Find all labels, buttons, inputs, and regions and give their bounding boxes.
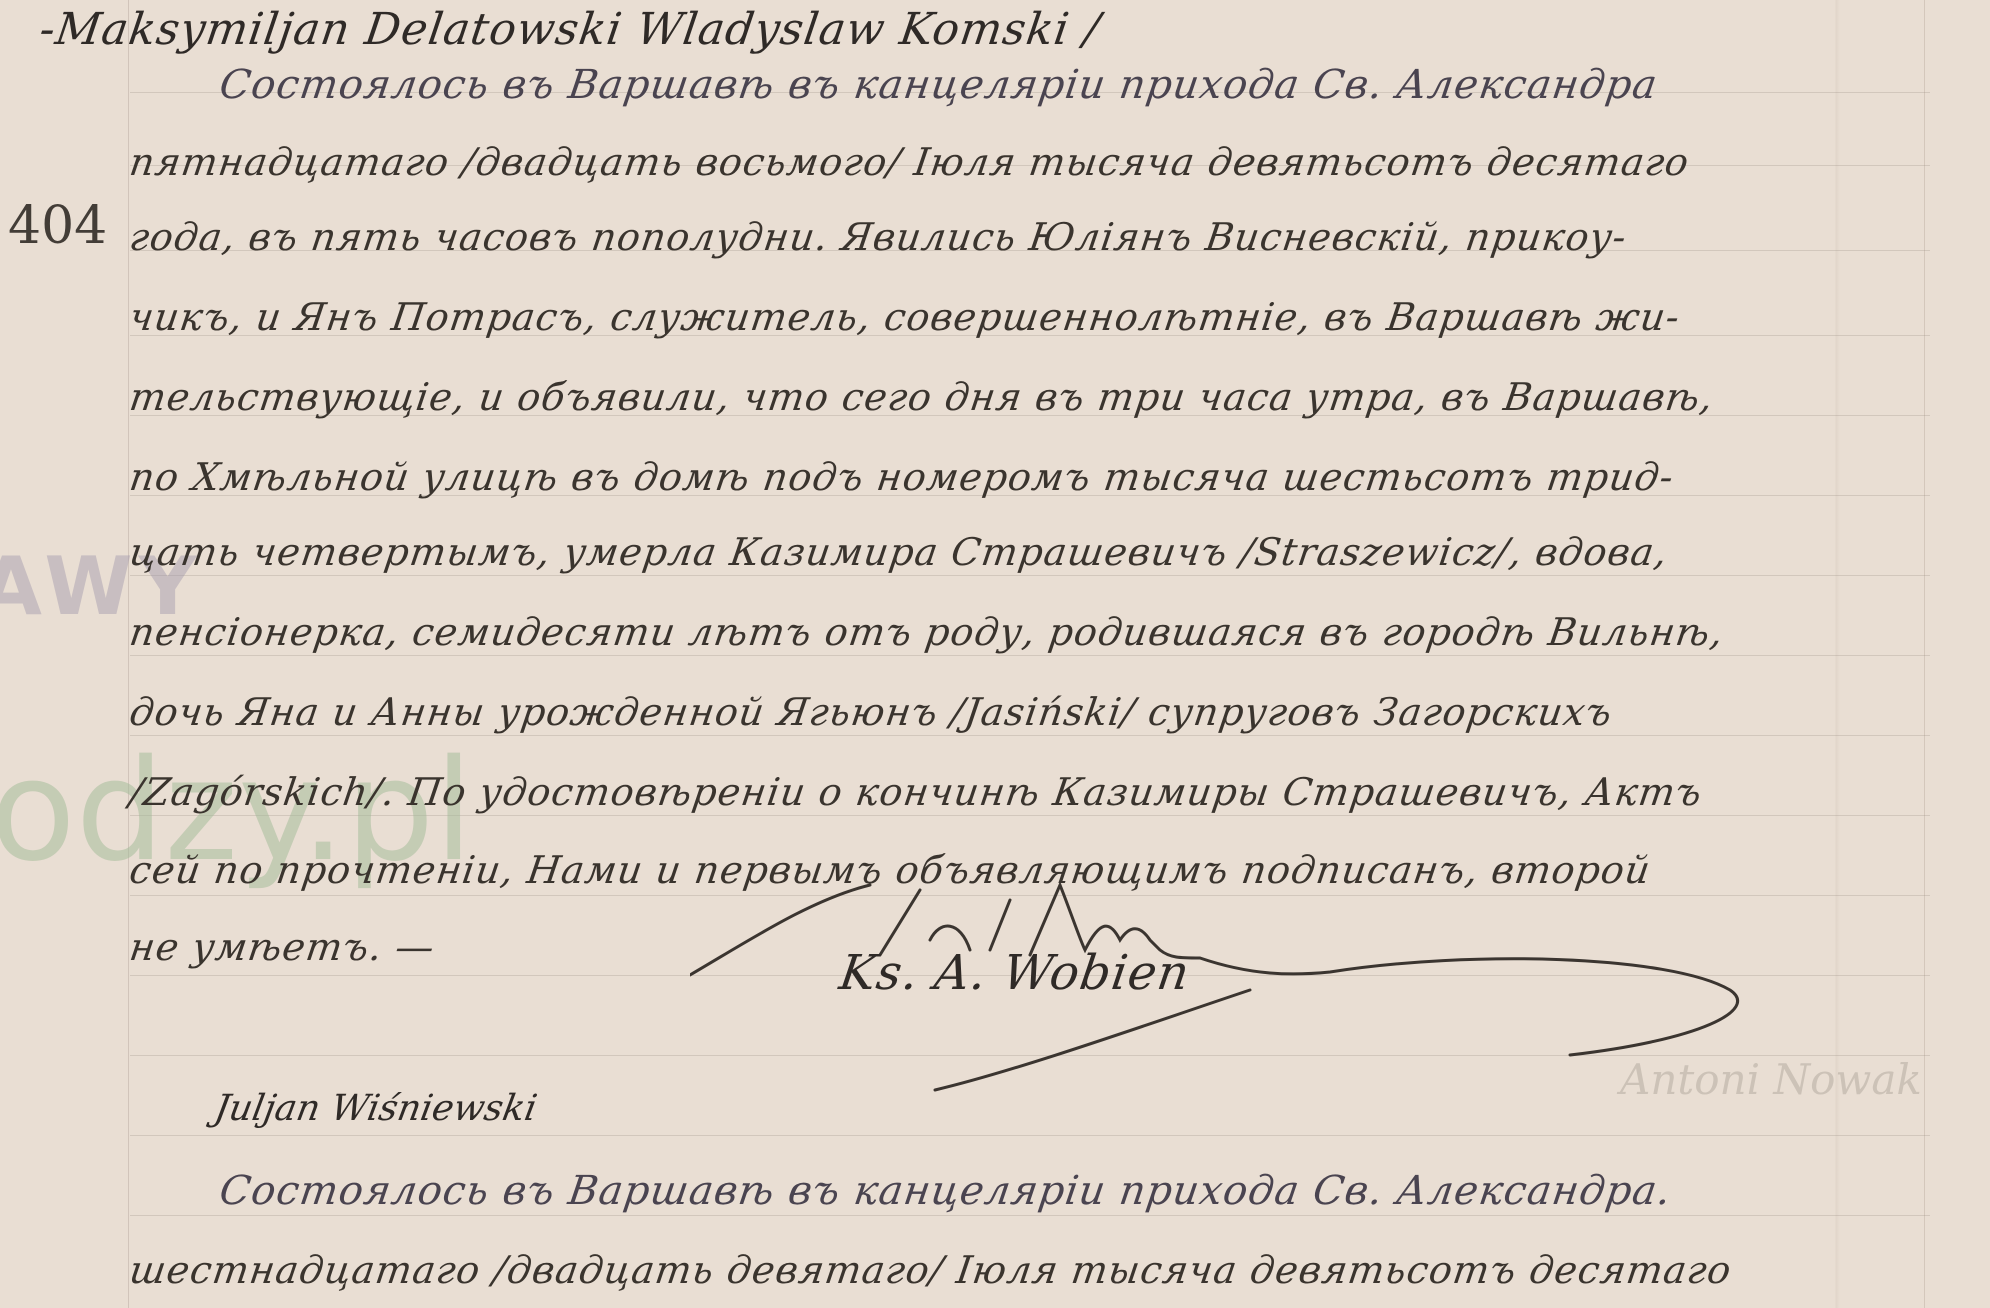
ruled-line xyxy=(130,575,1930,576)
record-line: тельствующіе, и объявили, что сего дня в… xyxy=(127,375,1717,419)
bleedthrough-text: Antoni Nowak xyxy=(1620,1055,1922,1104)
record-line: не умѣетъ. — xyxy=(127,925,438,969)
witness-signature: Juljan Wiśniewski xyxy=(211,1088,540,1129)
left-margin-rule xyxy=(128,0,129,1308)
record-heading: Состоялось въ Варшавѣ въ канцеляріи прих… xyxy=(217,62,1661,108)
official-signature: Ks. A. Wobien xyxy=(836,945,1193,1001)
next-record-line: шестнадцатаго /двадцать девятаго/ Іюля т… xyxy=(127,1248,1735,1292)
record-line: цать четвертымъ, умерла Казимира Страшев… xyxy=(127,530,1671,574)
ruled-line xyxy=(130,655,1930,656)
record-line: чикъ, и Янъ Потрасъ, служитель, совершен… xyxy=(127,295,1683,339)
record-line: по Хмѣльной улицѣ въ домѣ подъ номеромъ … xyxy=(127,455,1677,499)
next-record-heading: Состоялось въ Варшавѣ въ канцеляріи прих… xyxy=(217,1168,1675,1214)
record-line: пенсіонерка, семидесяти лѣтъ отъ роду, р… xyxy=(127,610,1727,654)
record-line: года, въ пять часовъ пополудни. Явились … xyxy=(127,215,1630,259)
right-margin-rule xyxy=(1924,0,1925,1308)
record-line: пятнадцатаго /двадцать восьмого/ Іюля ты… xyxy=(127,140,1692,184)
act-number: 404 xyxy=(8,196,107,256)
ruled-line xyxy=(130,1135,1930,1136)
record-line: /Zagórskich/. По удостовѣреніи о кончинѣ… xyxy=(127,770,1705,814)
header-signatures: -Maksymiljan Delatowski Wladyslaw Komski… xyxy=(36,4,1103,55)
ruled-line xyxy=(130,1215,1930,1216)
document-page: AWY odzy.pl -Maksymiljan Delatowski Wlad… xyxy=(0,0,1990,1308)
record-line: дочь Яна и Анны урожденной Ягьюнъ /Jasiń… xyxy=(127,690,1616,734)
